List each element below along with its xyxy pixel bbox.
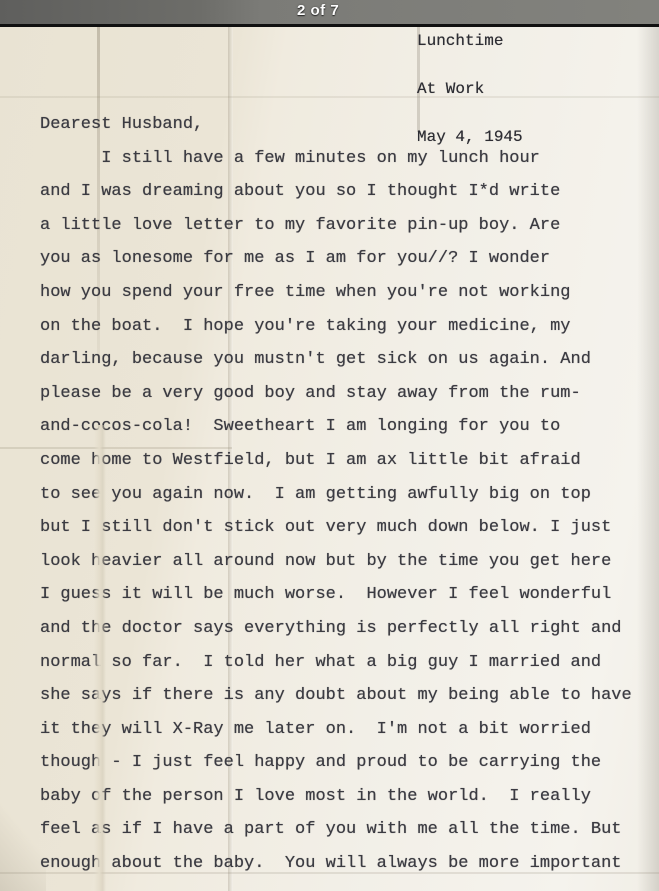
page-counter: 2 of 7 <box>297 2 339 19</box>
heading-occasion: Lunchtime <box>417 33 523 49</box>
heading-location: At Work <box>417 81 523 97</box>
counter-bar-divider <box>0 24 659 27</box>
letter-line: and the doctor says everything is perfec… <box>40 612 632 646</box>
letter-line: Dearest Husband, <box>40 108 632 142</box>
letter-line: to see you again now. I am getting awful… <box>40 478 632 512</box>
letter-line: enough about the baby. You will always b… <box>40 847 632 881</box>
heading-date: May 4, 1945 <box>417 129 523 145</box>
letter-line: I still have a few minutes on my lunch h… <box>40 142 632 176</box>
letter-line: but I still don't stick out very much do… <box>40 511 632 545</box>
vertical-fold-overlay <box>94 425 106 891</box>
scanned-letter-view: Lunchtime At Work May 4, 1945 2 of 7 Dea… <box>0 0 659 891</box>
letter-heading: Lunchtime At Work May 4, 1945 <box>417 1 523 177</box>
letter-line: please be a very good boy and stay away … <box>40 377 632 411</box>
letter-line: look heavier all around now but by the t… <box>40 545 632 579</box>
letter-line: though - I just feel happy and proud to … <box>40 746 632 780</box>
letter-line: and I was dreaming about you so I though… <box>40 175 632 209</box>
letter-line: I guess it will be much worse. However I… <box>40 578 632 612</box>
letter-body: Dearest Husband, I still have a few minu… <box>40 108 632 881</box>
letter-line: you as lonesome for me as I am for you//… <box>40 242 632 276</box>
letter-line: she says if there is any doubt about my … <box>40 679 632 713</box>
letter-line: darling, because you mustn't get sick on… <box>40 343 632 377</box>
letter-line: come home to Westfield, but I am ax litt… <box>40 444 632 478</box>
letter-line: how you spend your free time when you're… <box>40 276 632 310</box>
letter-line: normal so far. I told her what a big guy… <box>40 646 632 680</box>
letter-line: on the boat. I hope you're taking your m… <box>40 310 632 344</box>
letter-line: it they will X-Ray me later on. I'm not … <box>40 713 632 747</box>
letter-line: baby of the person I love most in the wo… <box>40 780 632 814</box>
letter-line: and-cocos-cola! Sweetheart I am longing … <box>40 410 632 444</box>
letter-line: a little love letter to my favorite pin-… <box>40 209 632 243</box>
letter-line: feel as if I have a part of you with me … <box>40 813 632 847</box>
